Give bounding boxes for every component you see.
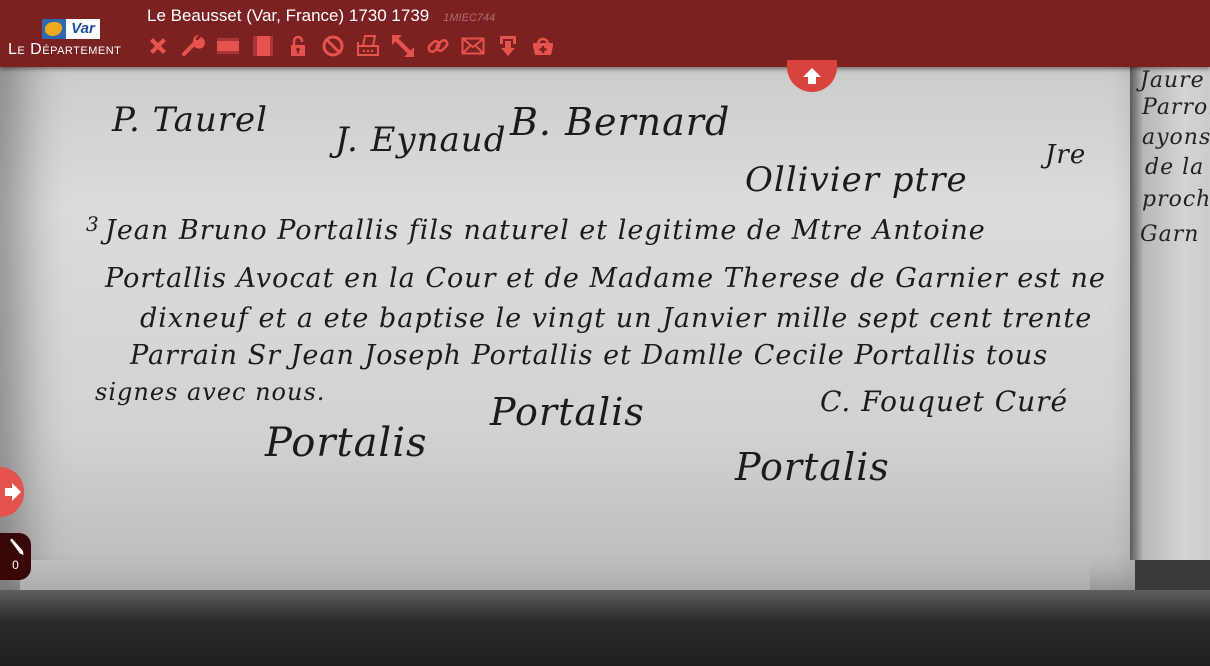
tools-button[interactable] xyxy=(180,33,206,59)
expand-arrows-icon xyxy=(391,34,415,58)
signature-bernard: B. Bernard xyxy=(510,100,730,144)
entry-line: signes avec nous. xyxy=(95,378,325,406)
entry-line: Portallis Avocat en la Cour et de Madame… xyxy=(105,263,1106,294)
entry-line: Jean Bruno Portallis fils naturel et leg… xyxy=(105,215,986,246)
horizontal-layout-icon xyxy=(216,34,240,58)
margin-note: ayons xyxy=(1142,125,1210,150)
block-button[interactable] xyxy=(320,33,346,59)
arrow-right-icon xyxy=(4,482,22,502)
unlock-icon xyxy=(286,34,310,58)
margin-note: Garn xyxy=(1140,222,1199,247)
var-map-icon xyxy=(42,19,66,39)
close-button[interactable] xyxy=(145,33,171,59)
margin-note: Parron xyxy=(1142,95,1210,120)
link-icon xyxy=(426,34,450,58)
margin-note: Jaure xyxy=(1140,68,1205,93)
signature-portalis: Portalis xyxy=(735,445,890,489)
entry-number: 3 xyxy=(86,212,100,236)
arrow-up-icon xyxy=(802,67,822,85)
download-button[interactable] xyxy=(495,33,521,59)
block-icon xyxy=(321,34,345,58)
viewer-header: Var Le Département Le Beausset (Var, Fra… xyxy=(0,0,1210,67)
vertical-layout-icon xyxy=(251,34,275,58)
wrench-icon xyxy=(181,34,205,58)
title-row: Le Beausset (Var, France) 1730 1739 1MIE… xyxy=(147,6,495,26)
document-code: 1MIEC744 xyxy=(443,12,495,24)
pencil-icon xyxy=(7,538,25,556)
close-icon xyxy=(146,34,170,58)
horizontal-layout-button[interactable] xyxy=(215,33,241,59)
document-viewer[interactable]: P. Taurel J. Eynaud B. Bernard Ollivier … xyxy=(0,0,1210,666)
entry-line: dixneuf et a ete baptise le vingt un Jan… xyxy=(140,303,1092,334)
signature-eynaud: J. Eynaud xyxy=(335,120,506,160)
logo-badge: Var xyxy=(42,19,100,39)
add-to-basket-button[interactable] xyxy=(530,33,556,59)
fullscreen-button[interactable] xyxy=(390,33,416,59)
signature-jre: Jre xyxy=(1045,140,1086,170)
annotation-count: 0 xyxy=(12,558,19,572)
entry-line: Parrain Sr Jean Joseph Portallis et Daml… xyxy=(130,340,1048,371)
envelope-icon xyxy=(461,34,485,58)
link-button[interactable] xyxy=(425,33,451,59)
toolbar xyxy=(145,33,556,59)
margin-note: proch xyxy=(1142,187,1210,212)
unlock-button[interactable] xyxy=(285,33,311,59)
margin-note: de la xyxy=(1145,155,1204,180)
signature-cure: C. Fouquet Curé xyxy=(820,385,1068,418)
scan-background xyxy=(0,590,1210,666)
basket-add-icon xyxy=(531,34,555,58)
signature-taurel: P. Taurel xyxy=(112,100,268,140)
print-button[interactable] xyxy=(355,33,381,59)
var-departement-logo[interactable]: Var Le Département xyxy=(8,17,128,61)
document-title: Le Beausset (Var, France) 1730 1739 xyxy=(147,6,429,26)
email-button[interactable] xyxy=(460,33,486,59)
print-icon xyxy=(356,34,380,58)
download-icon xyxy=(496,34,520,58)
logo-badge-text: Var xyxy=(66,19,100,39)
logo-text: Le Département xyxy=(8,41,121,59)
signature-portalis: Portalis xyxy=(490,390,645,434)
vertical-layout-button[interactable] xyxy=(250,33,276,59)
signature-portalis: Portalis xyxy=(265,420,428,466)
signature-ollivier: Ollivier ptre xyxy=(745,160,968,200)
annotations-button[interactable]: 0 xyxy=(0,533,31,580)
